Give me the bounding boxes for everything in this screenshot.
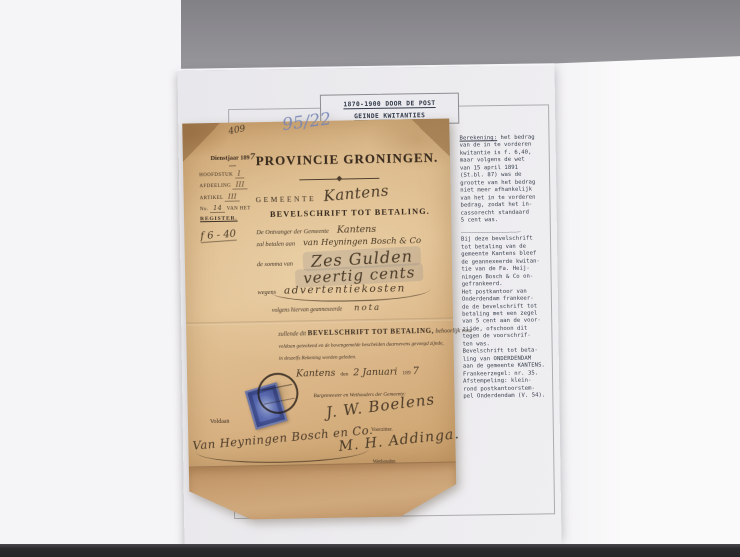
- clause-text: behoorlijk voor: [434, 328, 473, 335]
- register-label: ARTIKEL: [200, 196, 224, 201]
- clause-paragraph: zullende dit BEVELSCHRIFT TOT BETALING, …: [278, 325, 449, 365]
- note-block1-lines: van de in te vorderenkwitantie is f. 6,4…: [460, 142, 553, 225]
- postmark-bars: [261, 384, 294, 405]
- register-row: AFDEELING III: [199, 180, 263, 189]
- document-front: 409 95/22 Dienstjaar 1897 — PROVINCIE GR…: [182, 118, 456, 466]
- typed-line: aan de gemeente KANTENS.: [463, 362, 555, 371]
- photo-scene: 1870-1900 DOOR DE POST GEINDE KWITANTIES…: [0, 0, 740, 557]
- register-title: REGISTER.: [200, 215, 264, 222]
- handwritten-amount: f 6 - 40: [200, 229, 236, 244]
- volgens-line: volgens hiervan geannexeerdenota: [272, 303, 382, 315]
- typed-separator: ____________________: [461, 225, 553, 236]
- document-fold-flap: [189, 461, 457, 520]
- register-value: I: [235, 169, 244, 178]
- pen-flourish: [270, 289, 430, 303]
- handwritten-number: 409: [228, 124, 247, 137]
- typed-text: het bedrag: [497, 135, 535, 142]
- receiver-label: De Ontvanger der Gemeente: [256, 228, 329, 236]
- register-row: HOOFDSTUK I: [199, 169, 263, 178]
- clause-text: zullende dit: [278, 331, 307, 338]
- date-place: Kantens: [296, 368, 336, 380]
- clause-caps: BEVELSCHRIFT TOT BETALING,: [308, 327, 435, 337]
- voldaan-label: Voldaan: [210, 419, 230, 425]
- underlined-word: Berekening:: [459, 135, 497, 142]
- photo-bottom-edge: [0, 544, 740, 557]
- register-suffix: VAN HET: [227, 206, 251, 211]
- register-row: ARTIKEL III: [200, 192, 264, 201]
- gemeente-value: Kantens: [323, 181, 390, 205]
- note-block-berekening: Berekening: het bedrag van de in te vord…: [459, 134, 552, 225]
- bevelschrift-title: BEVELSCHRIFT TOT BETALING.: [262, 207, 438, 219]
- note-block-bevelschrift: Bij deze bevelschrifttot betaling van de…: [461, 236, 555, 401]
- document-title: PROVINCIE GRONINGEN.: [249, 150, 445, 170]
- facing-page-background: [552, 50, 740, 546]
- receiver-value: Kantens: [337, 224, 377, 236]
- gemeente-field: GEMEENTEKantens: [255, 186, 389, 207]
- date-line: Kantensden2 Januari1897: [291, 366, 419, 379]
- receiver-line: De Ontvanger der GemeenteKantens: [256, 224, 376, 237]
- pay-label: zal betalen aan: [256, 240, 295, 248]
- register-value: III: [233, 181, 248, 190]
- volgens-label: volgens hiervan geannexeerde: [272, 307, 342, 314]
- voorzitter-label: Voorzitter.: [371, 427, 393, 433]
- note-block2-lines: Bij deze bevelschrifttot betaling van de…: [461, 236, 555, 401]
- register-label: HOOFDSTUK: [199, 173, 233, 179]
- register-value: III: [225, 192, 240, 201]
- ornament-diamond: [336, 176, 342, 182]
- register-column: HOOFDSTUK I AFDEELING III ARTIKEL III No…: [199, 169, 264, 243]
- date-year: 7: [412, 366, 419, 377]
- volgens-value: nota: [354, 303, 381, 314]
- register-row: No. 14 VAN HET: [200, 203, 264, 212]
- register-label: AFDEELING: [199, 184, 231, 190]
- typed-line: 5 cent was.: [461, 216, 553, 225]
- date-den-label: den: [340, 371, 348, 377]
- typed-line: pel Onderdendam (V. 54).: [463, 392, 555, 401]
- gemeente-label: GEMEENTE: [256, 194, 317, 204]
- date-century-label: 189: [402, 370, 410, 376]
- register-value: 14: [210, 204, 225, 213]
- document: 409 95/22 Dienstjaar 1897 — PROVINCIE GR…: [182, 118, 457, 519]
- typed-notes-column: Berekening: het bedrag van de in te vord…: [459, 134, 555, 401]
- register-label: No.: [200, 207, 209, 212]
- date-day: 2 Januari: [353, 367, 397, 379]
